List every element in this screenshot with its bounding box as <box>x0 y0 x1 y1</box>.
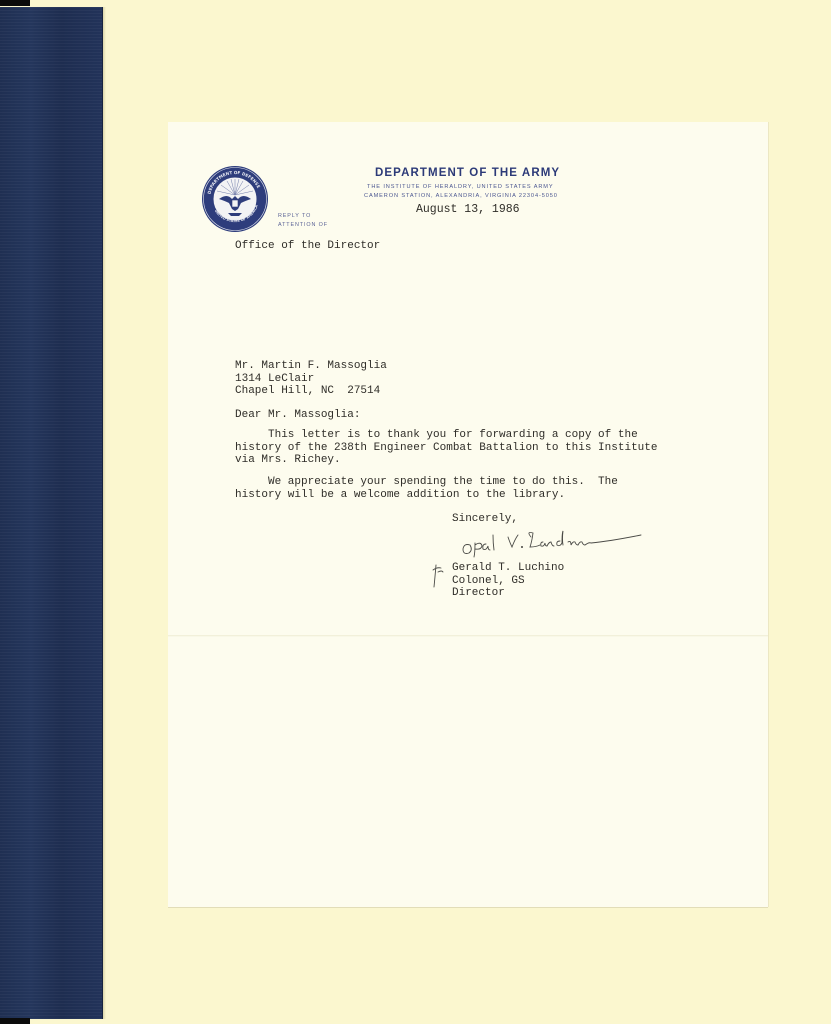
signer-title: Director <box>452 587 505 599</box>
body-paragraph: We appreciate your spending the time to … <box>235 476 618 501</box>
recipient-street: 1314 LeClair <box>235 373 314 385</box>
recipient-name: Mr. Martin F. Massoglia <box>235 360 387 372</box>
office-line: Office of the Director <box>235 240 380 253</box>
signature-block: Gerald T. Luchino Colonel, GS Director <box>452 562 564 600</box>
letterhead-address: CAMERON STATION, ALEXANDRIA, VIRGINIA 22… <box>364 193 558 199</box>
closing: Sincerely, <box>452 513 518 526</box>
scan-corner-top-left <box>0 0 30 6</box>
signer-name: Gerald T. Luchino <box>452 562 564 574</box>
signer-rank: Colonel, GS <box>452 575 525 587</box>
department-of-defense-seal-icon: DEPARTMENT OF DEFENSE UNITED STATES OF A… <box>201 165 269 233</box>
fold-line <box>168 635 768 637</box>
letter-date: August 13, 1986 <box>416 204 520 217</box>
attention-of-label: ATTENTION OF <box>278 222 328 228</box>
reply-to-label: REPLY TO <box>278 213 311 219</box>
recipient-address: Mr. Martin F. Massoglia 1314 LeClair Cha… <box>235 360 387 398</box>
binding-shadow <box>103 7 106 1019</box>
letterhead-institute: THE INSTITUTE OF HERALDRY, UNITED STATES… <box>367 184 553 190</box>
letter-page: DEPARTMENT OF DEFENSE UNITED STATES OF A… <box>168 122 768 907</box>
salutation: Dear Mr. Massoglia: <box>235 409 360 422</box>
scan-corner-bottom-left <box>0 1018 30 1024</box>
letterhead-organization: DEPARTMENT OF THE ARMY <box>375 167 560 179</box>
recipient-city: Chapel Hill, NC 27514 <box>235 385 380 397</box>
blue-binding-strip <box>0 7 103 1019</box>
body-paragraph: This letter is to thank you for forwardi… <box>235 429 657 467</box>
